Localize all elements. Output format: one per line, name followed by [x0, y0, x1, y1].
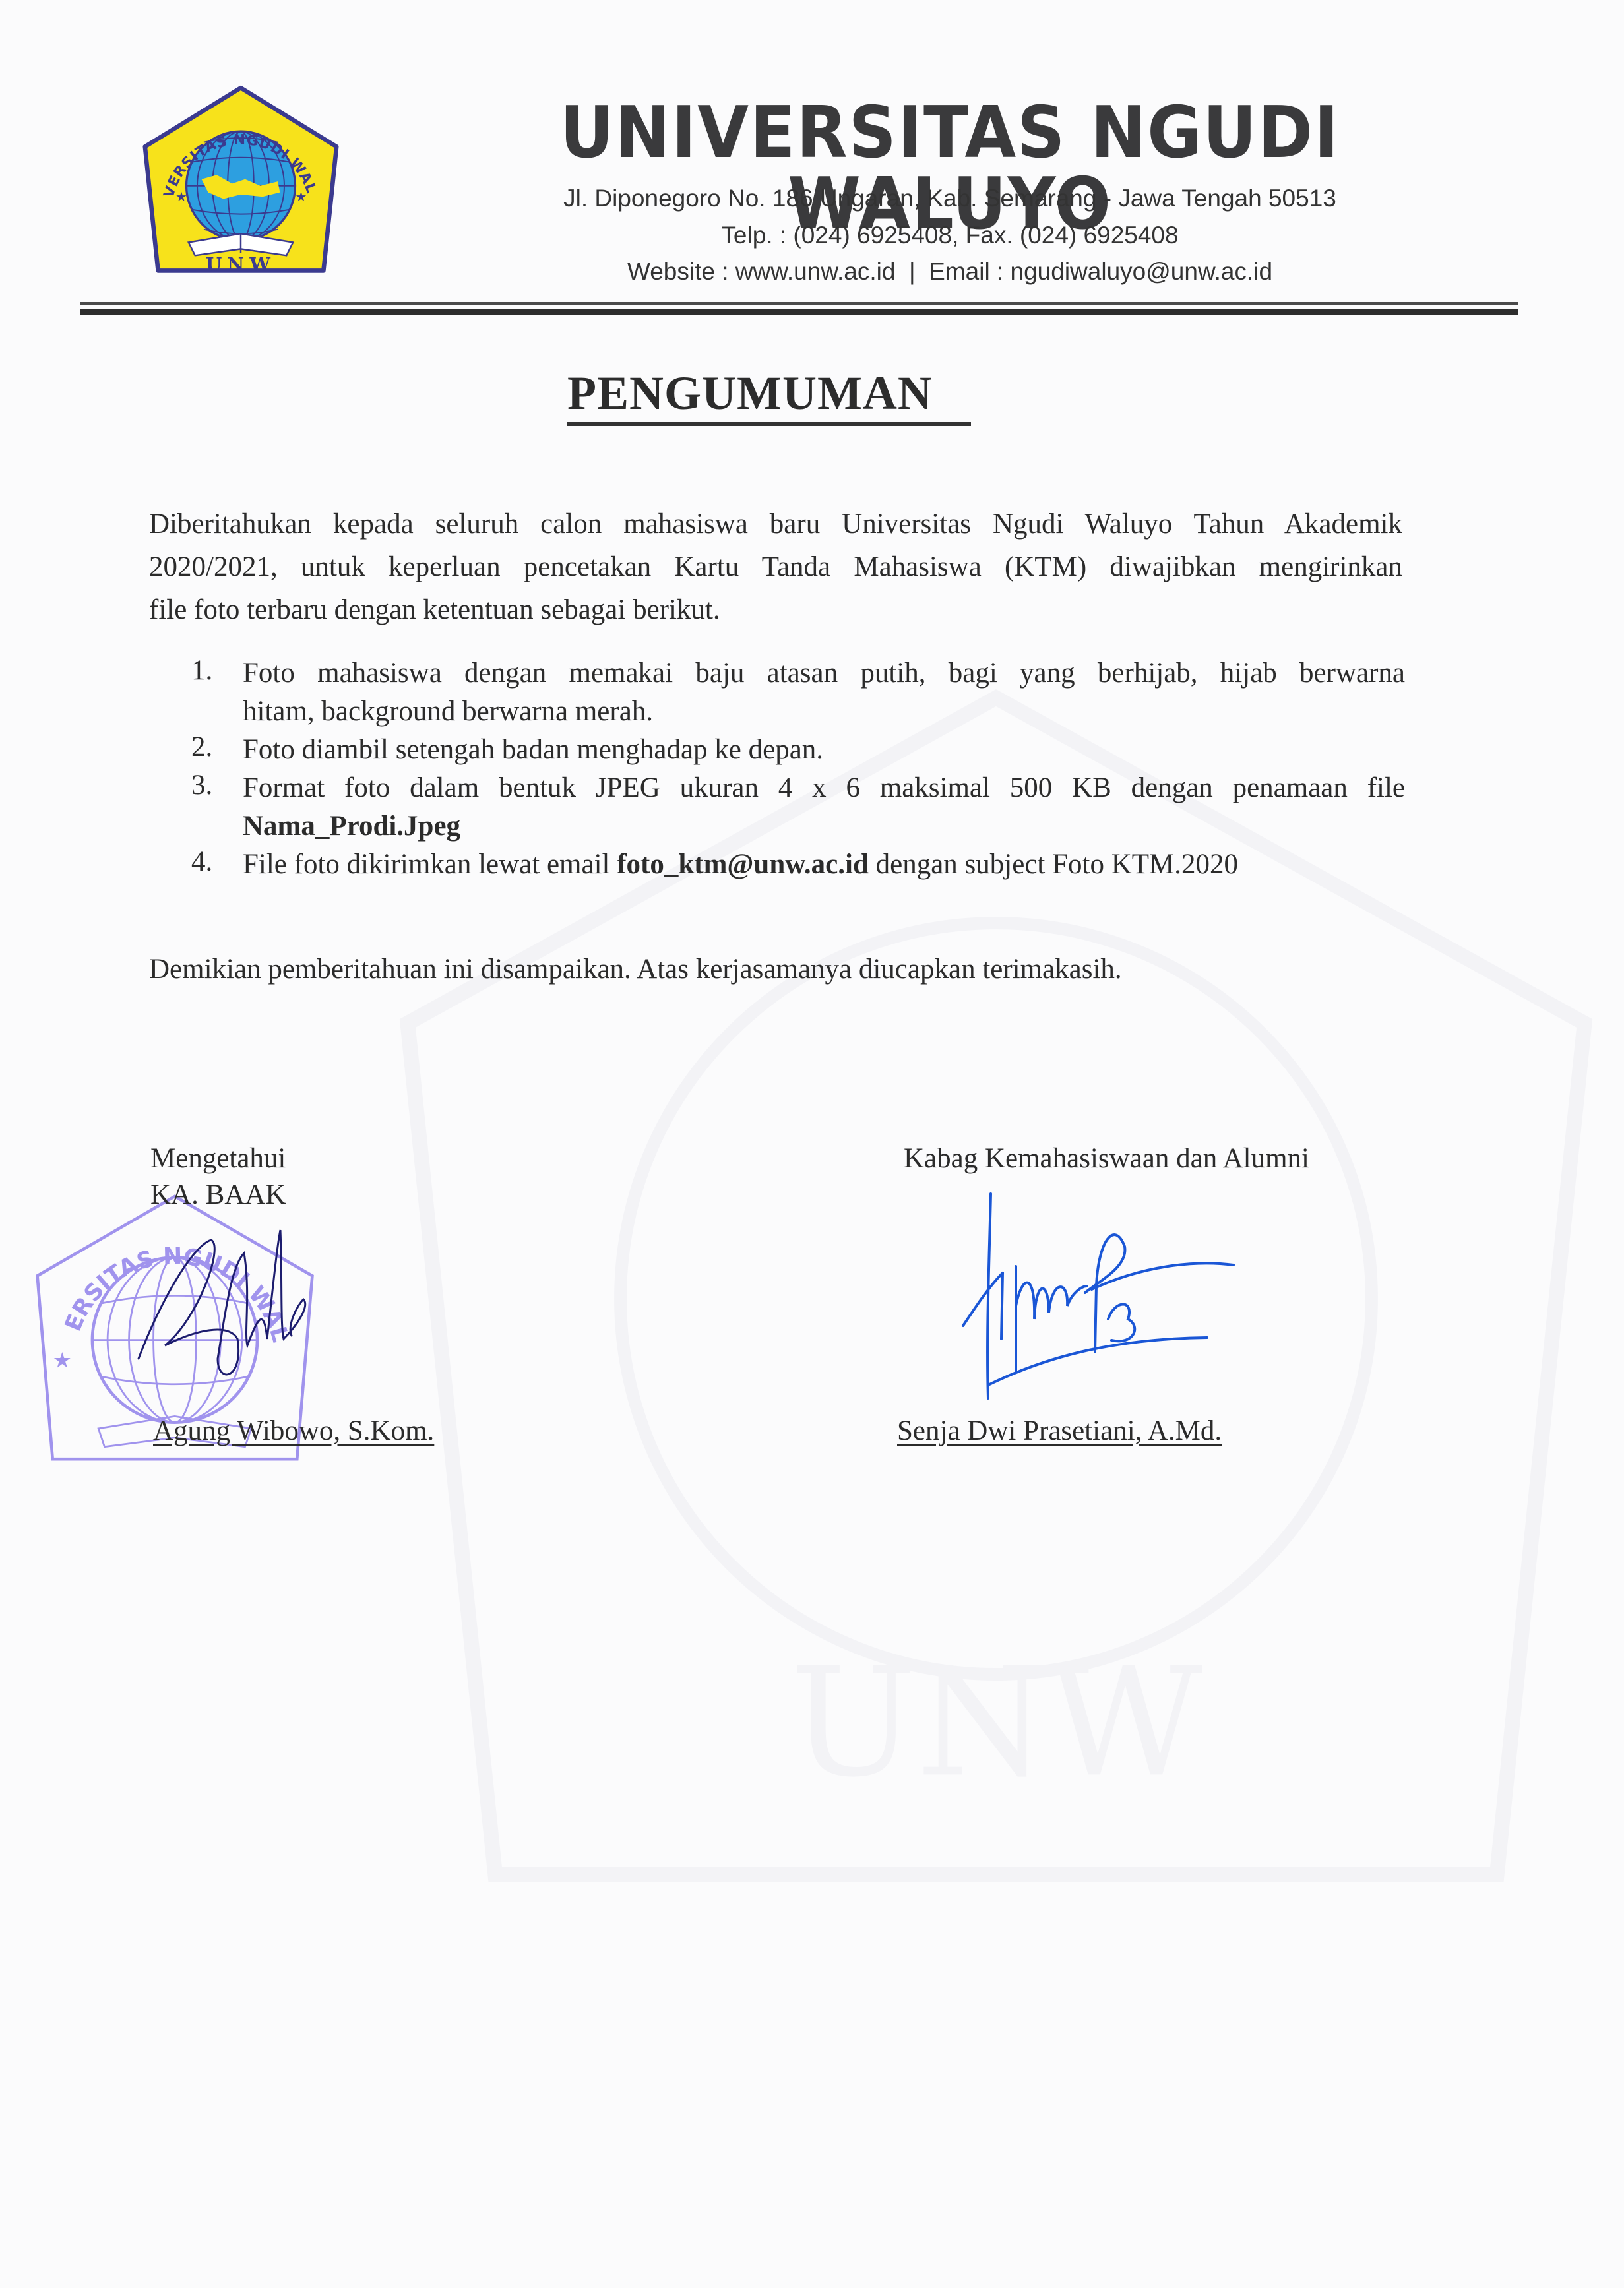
- requirements-list: 1. Foto mahasiswa dengan memakai baju at…: [191, 654, 1405, 884]
- acknowledgement-label: Mengetahui: [150, 1144, 286, 1173]
- star-icon: ★: [175, 190, 187, 204]
- list-number: 2.: [191, 731, 212, 763]
- header-divider-thin: [80, 302, 1518, 305]
- address-line: Jl. Diponegoro No. 186 Ungaran, Kab. Sem…: [422, 186, 1478, 210]
- left-signatory-position: KA. BAAK: [150, 1181, 286, 1209]
- left-signatory-name: Agung Wibowo, S.Kom.: [153, 1417, 434, 1445]
- right-signatory-name: Senja Dwi Prasetiani, A.Md.: [897, 1417, 1222, 1445]
- intro-line: file foto terbaru dengan ketentuan sebag…: [149, 588, 1402, 631]
- svg-text:★: ★: [53, 1349, 72, 1373]
- right-signatory-position: Kabag Kemahasiswaan dan Alumni: [904, 1144, 1309, 1173]
- closing-statement: Demikian pemberitahuan ini disampaikan. …: [149, 953, 1122, 985]
- submission-email-link[interactable]: foto_ktm@unw.ac.id: [617, 849, 869, 880]
- star-icon: ★: [296, 190, 307, 204]
- filename-format: Nama_Prodi.Jpeg: [243, 811, 460, 842]
- list-item: 3. Format foto dalam bentuk JPEG ukuran …: [191, 769, 1405, 846]
- svg-text:UNW: UNW: [790, 1635, 1202, 1810]
- list-number: 1.: [191, 654, 212, 687]
- document-title: PENGUMUMAN: [567, 369, 933, 417]
- list-number: 4.: [191, 846, 212, 878]
- svg-text:UNW: UNW: [206, 253, 276, 275]
- list-item: 1. Foto mahasiswa dengan memakai baju at…: [191, 654, 1405, 731]
- intro-line: 2020/2021, untuk keperluan pencetakan Ka…: [149, 545, 1402, 588]
- handwritten-signature-icon: [943, 1187, 1260, 1411]
- intro-paragraph: Diberitahukan kepada seluruh calon mahas…: [149, 503, 1402, 631]
- university-crest-icon: UNIVERSITAS NGUDI WALUYO ★ ★ UNW: [132, 79, 350, 297]
- header-divider-thick: [80, 309, 1518, 315]
- web-email-line: Website : www.unw.ac.id | Email : ngudiw…: [422, 259, 1478, 284]
- phone-fax-line: Telp. : (024) 6925408, Fax. (024) 692540…: [422, 223, 1478, 247]
- list-item: 4. File foto dikirimkan lewat email foto…: [191, 846, 1405, 884]
- handwritten-signature-icon: [119, 1227, 350, 1398]
- intro-line: Diberitahukan kepada seluruh calon mahas…: [149, 503, 1402, 545]
- list-item: 2. Foto diambil setengah badan menghadap…: [191, 731, 1405, 769]
- title-underline: [567, 422, 971, 426]
- list-number: 3.: [191, 769, 212, 801]
- institution-name: UNIVERSITAS NGUDI WALUYO: [459, 98, 1441, 240]
